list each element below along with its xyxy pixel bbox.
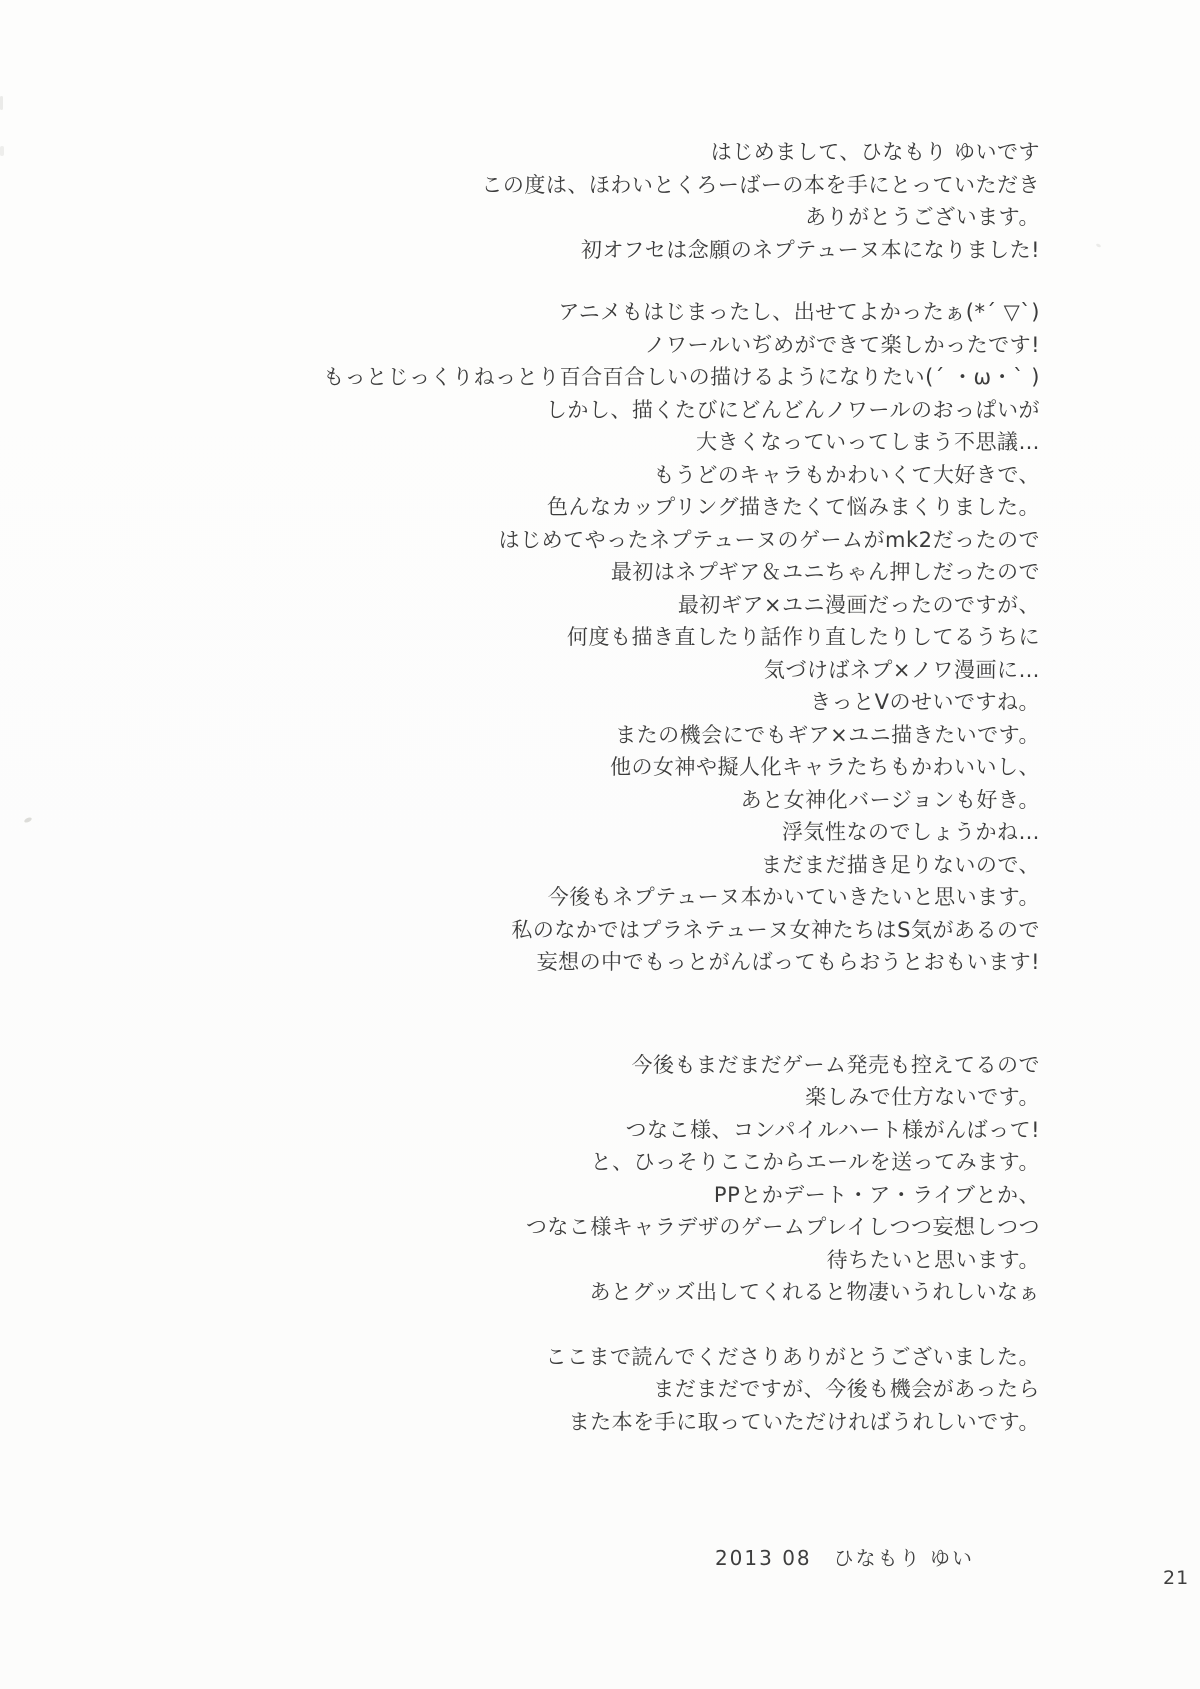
text-line: 気づけばネプ×ノワ漫画に… bbox=[70, 654, 1040, 687]
text-line: まだまだ描き足りないので、 bbox=[70, 849, 1040, 882]
paragraph-main: アニメもはじまったし、出せてよかったぁ(*´ ▽`) ノワールいぢめができて楽し… bbox=[70, 296, 1040, 979]
text-line: 大きくなっていってしまう不思議… bbox=[70, 426, 1040, 459]
text-line: ノワールいぢめができて楽しかったです! bbox=[70, 329, 1040, 362]
text-line: あとグッズ出してくれると物凄いうれしいなぁ bbox=[70, 1276, 1040, 1309]
text-line: 何度も描き直したり話作り直したりしてるうちに bbox=[70, 621, 1040, 654]
text-line: アニメもはじまったし、出せてよかったぁ(*´ ▽`) bbox=[70, 296, 1040, 329]
text-line: 私のなかではプラネテューヌ女神たちはS気があるので bbox=[70, 914, 1040, 947]
text-line: 色んなカップリング描きたくて悩みまくりました。 bbox=[70, 491, 1040, 524]
text-line: つなこ様キャラデザのゲームプレイしつつ妄想しつつ bbox=[70, 1211, 1040, 1244]
paragraph-thanks: ここまで読んでくださりありがとうございました。 まだまだですが、今後も機会があっ… bbox=[70, 1341, 1040, 1439]
text-line: 楽しみで仕方ないです。 bbox=[70, 1081, 1040, 1114]
paragraph-greeting: はじめまして、ひなもり ゆいです この度は、ほわいとくろーばーの本を手にとってい… bbox=[70, 136, 1040, 266]
text-line: はじめまして、ひなもり ゆいです bbox=[70, 136, 1040, 169]
text-line: 最初はネプギア＆ユニちゃん押しだったので bbox=[70, 556, 1040, 589]
text-line: また本を手に取っていただければうれしいです。 bbox=[70, 1406, 1040, 1439]
text-line: もっとじっくりねっとり百合百合しいの描けるようになりたい(´ ・ω・` ) bbox=[70, 361, 1040, 394]
text-line: 今後もネプテューヌ本かいていきたいと思います。 bbox=[70, 881, 1040, 914]
text-line: もうどのキャラもかわいくて大好きで、 bbox=[70, 459, 1040, 492]
text-line: 浮気性なのでしょうかね… bbox=[70, 816, 1040, 849]
text-line: PPとかデート・ア・ライブとか、 bbox=[70, 1179, 1040, 1212]
text-line: 待ちたいと思います。 bbox=[70, 1244, 1040, 1277]
text-line: 今後もまだまだゲーム発売も控えてるので bbox=[70, 1049, 1040, 1082]
scan-speck bbox=[1096, 243, 1102, 248]
text-line: 初オフセは念願のネプテューヌ本になりました! bbox=[70, 234, 1040, 267]
text-line: 最初ギア×ユニ漫画だったのですが、 bbox=[70, 589, 1040, 622]
text-line: この度は、ほわいとくろーばーの本を手にとっていただき bbox=[70, 169, 1040, 202]
text-line: 他の女神や擬人化キャラたちもかわいいし、 bbox=[70, 751, 1040, 784]
text-line: ここまで読んでくださりありがとうございました。 bbox=[70, 1341, 1040, 1374]
text-line: つなこ様、コンパイルハート様がんばって! bbox=[70, 1114, 1040, 1147]
text-line: と、ひっそりここからエールを送ってみます。 bbox=[70, 1146, 1040, 1179]
afterword-text: はじめまして、ひなもり ゆいです この度は、ほわいとくろーばーの本を手にとってい… bbox=[70, 136, 1040, 1575]
scan-speck bbox=[24, 816, 33, 823]
page-number: 21 bbox=[1163, 1567, 1189, 1589]
scan-edge-artifact bbox=[0, 146, 4, 156]
text-line: まだまだですが、今後も機会があったら bbox=[70, 1373, 1040, 1406]
paragraph-future: 今後もまだまだゲーム発売も控えてるので 楽しみで仕方ないです。 つなこ様、コンパ… bbox=[70, 1049, 1040, 1309]
afterword-page: はじめまして、ひなもり ゆいです この度は、ほわいとくろーばーの本を手にとってい… bbox=[0, 0, 1200, 1689]
text-line: あと女神化バージョンも好き。 bbox=[70, 784, 1040, 817]
text-line: 妄想の中でもっとがんばってもらおうとおもいます! bbox=[70, 946, 1040, 979]
text-line: しかし、描くたびにどんどんノワールのおっぱいが bbox=[70, 394, 1040, 427]
scan-edge-artifact bbox=[0, 96, 3, 110]
text-line: きっとVのせいですね。 bbox=[70, 686, 1040, 719]
signature-date: 2013 08 ひなもり ゆい bbox=[70, 1542, 974, 1575]
text-line: またの機会にでもギア×ユニ描きたいです。 bbox=[70, 719, 1040, 752]
text-line: はじめてやったネプテューヌのゲームがmk2だったので bbox=[70, 524, 1040, 557]
text-line: ありがとうございます。 bbox=[70, 201, 1040, 234]
